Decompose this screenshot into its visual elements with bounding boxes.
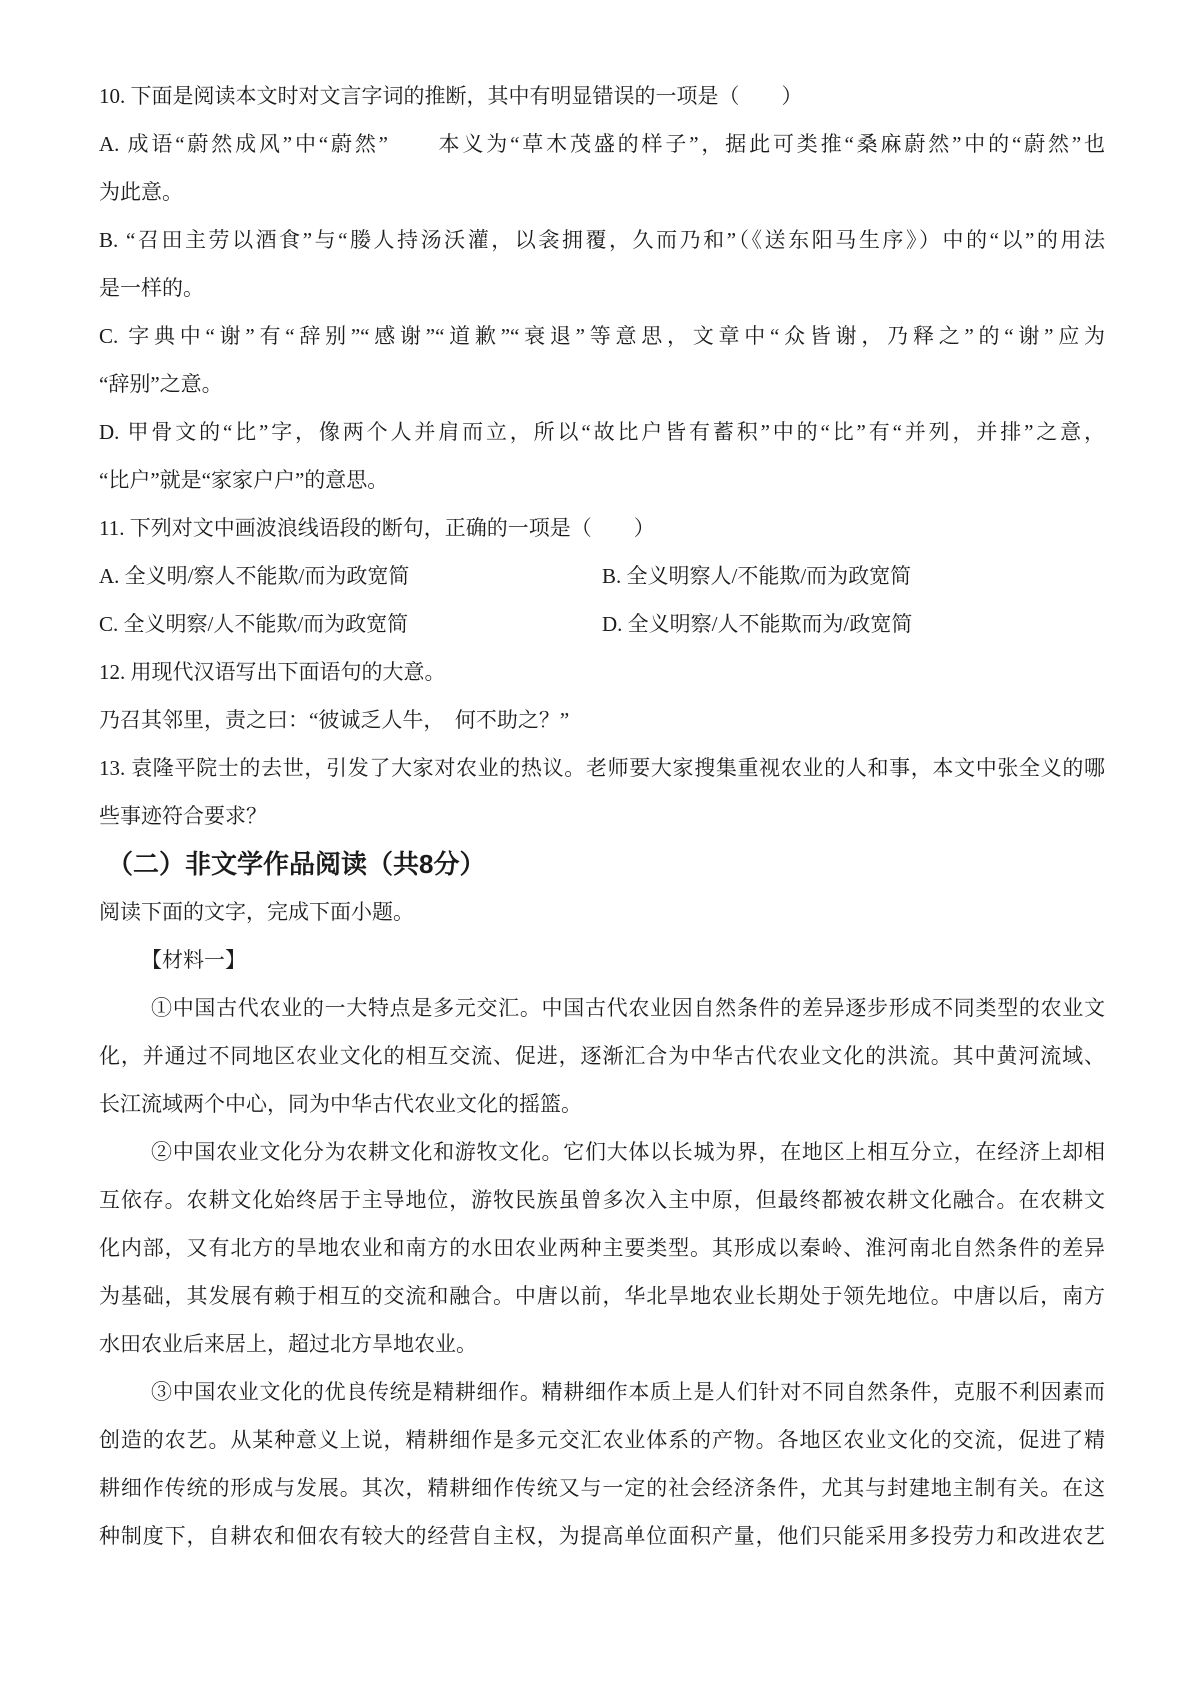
q10-stem: 10. 下面是阅读本文时对文言字词的推断，其中有明显错误的一项是（ ） — [99, 72, 1105, 120]
q10-option-b-line1: B. “召田主劳以酒食”与“媵人持汤沃灌，以衾拥覆，久而乃和”（《送东阳马生序》… — [99, 216, 1105, 264]
material-para3-line4: 种制度下，自耕农和佃农有较大的经营自主权，为提高单位面积产量，他们只能采用多投劳… — [99, 1512, 1105, 1560]
exam-paper-page: 10. 下面是阅读本文时对文言字词的推断，其中有明显错误的一项是（ ） A. 成… — [0, 0, 1200, 1698]
material-para3-line2: 创造的农艺。从某种意义上说，精耕细作是多元交汇农业体系的产物。各地区农业文化的交… — [99, 1416, 1105, 1464]
q13-stem-line2: 些事迹符合要求？ — [99, 792, 1105, 840]
q10-option-d-line1: D. 甲骨文的“比”字，像两个人并肩而立，所以“故比户皆有蓄积”中的“比”有“并… — [99, 408, 1105, 456]
material-para2-line4: 为基础，其发展有赖于相互的交流和融合。中唐以前，华北旱地农业长期处于领先地位。中… — [99, 1272, 1105, 1320]
q11-options-row-1: A. 全义明/察人不能欺/而为政宽简 B. 全义明察人/不能欺/而为政宽简 — [99, 552, 1105, 600]
reading-instruction: 阅读下面的文字，完成下面小题。 — [99, 888, 1105, 936]
q12-stem: 12. 用现代汉语写出下面语句的大意。 — [99, 648, 1105, 696]
material-para2-line1: ②中国农业文化分为农耕文化和游牧文化。它们大体以长城为界，在地区上相互分立，在经… — [99, 1128, 1105, 1176]
q12-source-sentence: 乃召其邻里，责之曰：“彼诚乏人牛， 何不助之？” — [99, 696, 1105, 744]
material-para3-line3: 耕细作传统的形成与发展。其次，精耕细作传统又与一定的社会经济条件，尤其与封建地主… — [99, 1464, 1105, 1512]
q11-option-b: B. 全义明察人/不能欺/而为政宽简 — [602, 552, 1105, 600]
q10-option-c-line1: C. 字典中“谢”有“辞别”“感谢”“道歉”“衰退”等意思，文章中“众皆谢，乃释… — [99, 312, 1105, 360]
material-para2-line5: 水田农业后来居上，超过北方旱地农业。 — [99, 1320, 1105, 1368]
q10-option-b-line2: 是一样的。 — [99, 264, 1105, 312]
q11-option-a: A. 全义明/察人不能欺/而为政宽简 — [99, 552, 602, 600]
material-para2-line2: 互依存。农耕文化始终居于主导地位，游牧民族虽曾多次入主中原，但最终都被农耕文化融… — [99, 1176, 1105, 1224]
material-para1-line2: 化，并通过不同地区农业文化的相互交流、促进，逐渐汇合为中华古代农业文化的洪流。其… — [99, 1032, 1105, 1080]
q10-option-c-line2: “辞别”之意。 — [99, 360, 1105, 408]
q10-option-d-line2: “比户”就是“家家户户”的意思。 — [99, 456, 1105, 504]
page-content: 10. 下面是阅读本文时对文言字词的推断，其中有明显错误的一项是（ ） A. 成… — [99, 72, 1105, 1560]
q11-option-d: D. 全义明察/人不能欺而为/政宽简 — [602, 600, 1105, 648]
section-2-header: （二）非文学作品阅读（共8分） — [99, 840, 1105, 888]
q11-stem: 11. 下列对文中画波浪线语段的断句，正确的一项是（ ） — [99, 504, 1105, 552]
material-para3-line1: ③中国农业文化的优良传统是精耕细作。精耕细作本质上是人们针对不同自然条件，克服不… — [99, 1368, 1105, 1416]
q11-options-row-2: C. 全义明察/人不能欺/而为政宽简 D. 全义明察/人不能欺而为/政宽简 — [99, 600, 1105, 648]
q10-option-a-line1: A. 成语“蔚然成风”中“蔚然” 本义为“草木茂盛的样子”，据此可类推“桑麻蔚然… — [99, 120, 1105, 168]
q10-option-a-line2: 为此意。 — [99, 168, 1105, 216]
material-para2-line3: 化内部，又有北方的旱地农业和南方的水田农业两种主要类型。其形成以秦岭、淮河南北自… — [99, 1224, 1105, 1272]
q11-option-c: C. 全义明察/人不能欺/而为政宽简 — [99, 600, 602, 648]
material-para1-line1: ①中国古代农业的一大特点是多元交汇。中国古代农业因自然条件的差异逐步形成不同类型… — [99, 984, 1105, 1032]
material-para1-line3: 长江流域两个中心，同为中华古代农业文化的摇篮。 — [99, 1080, 1105, 1128]
q13-stem-line1: 13. 袁隆平院士的去世，引发了大家对农业的热议。老师要大家搜集重视农业的人和事… — [99, 744, 1105, 792]
material-1-label: 【材料一】 — [99, 936, 1105, 984]
